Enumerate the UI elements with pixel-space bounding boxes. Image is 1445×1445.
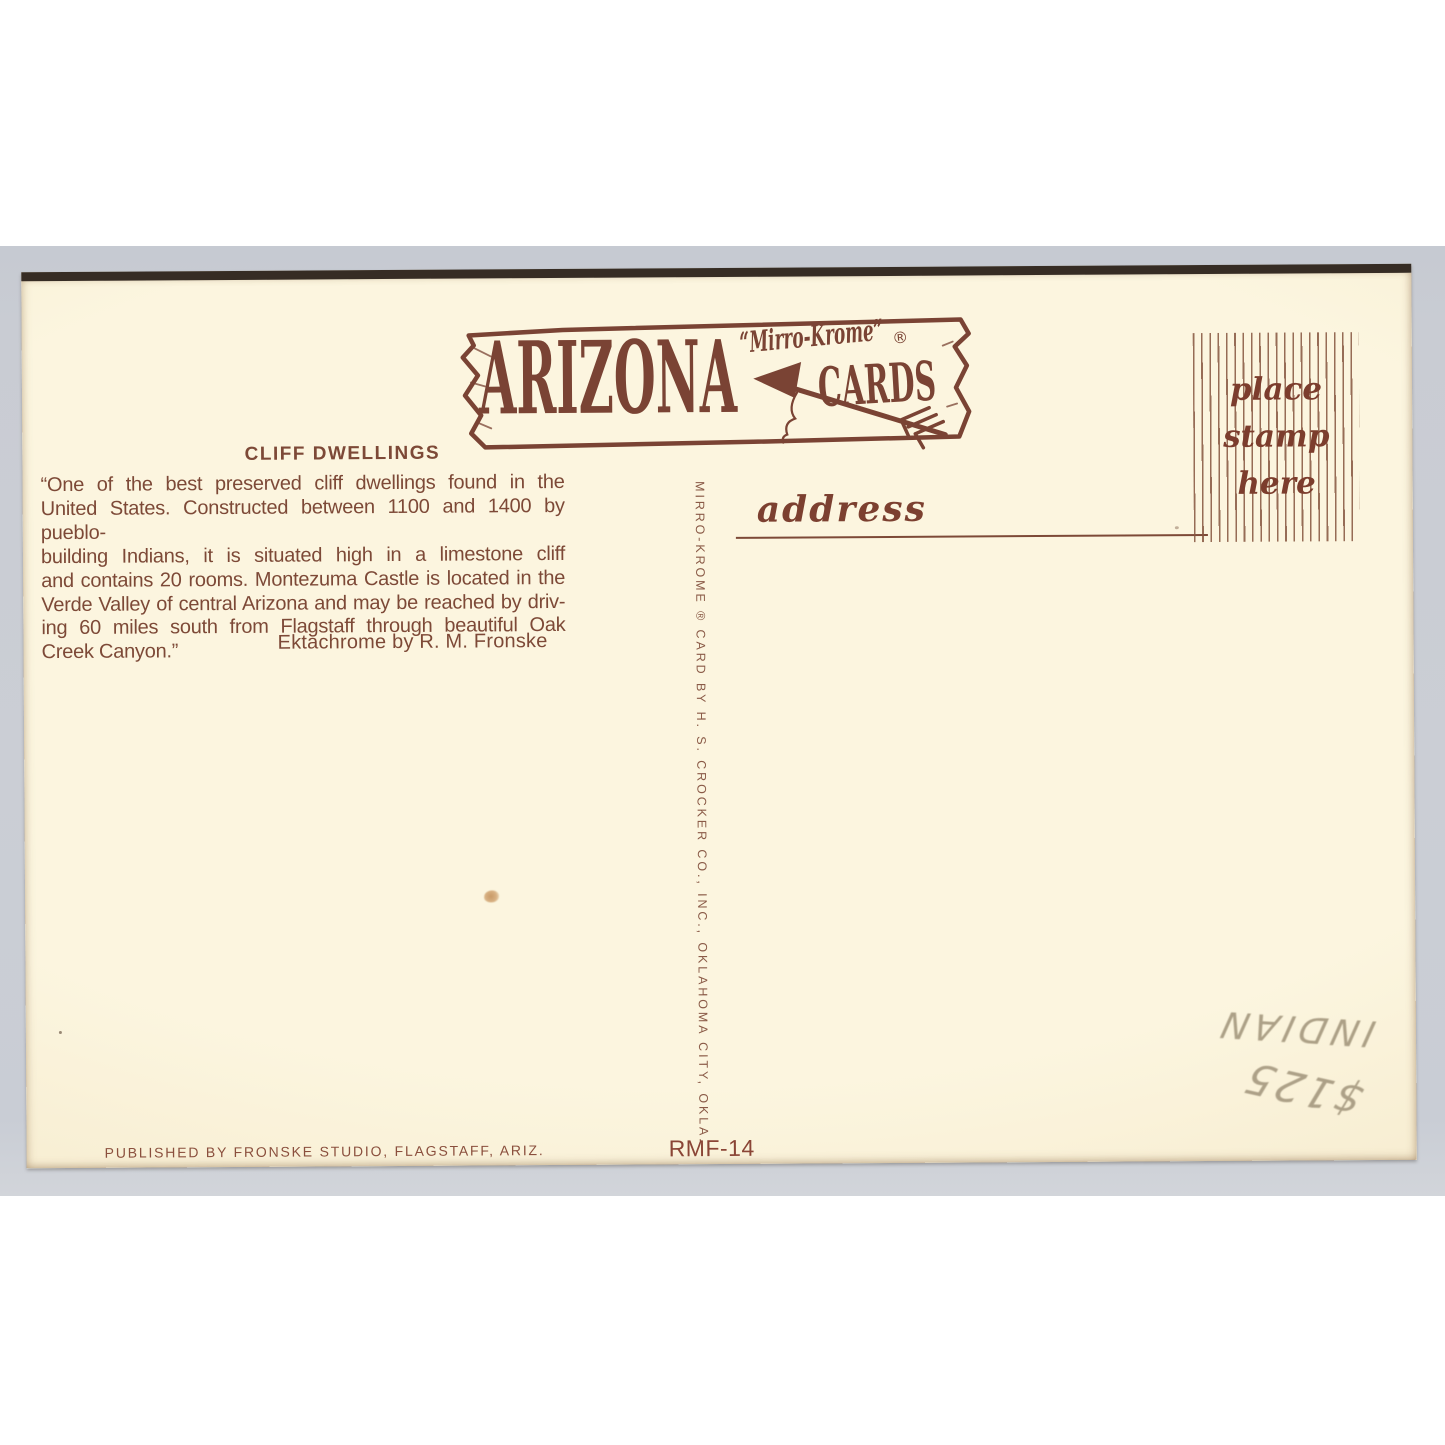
paper-speck — [59, 1031, 62, 1034]
logo-state-name: ARIZONA — [478, 318, 738, 438]
pencil-annotation-word: INDIAN — [1201, 1002, 1390, 1054]
caption-title: CLIFF DWELLINGS — [82, 442, 602, 467]
caption-line: building Indians, it is situated high in… — [41, 543, 565, 570]
publisher-line: PUBLISHED BY FRONSKE STUDIO, FLAGSTAFF, … — [105, 1142, 545, 1161]
caption-line: and contains 20 rooms. Montezuma Castle … — [41, 567, 565, 594]
stamp-box: place stamp here — [1193, 332, 1360, 542]
logo-brand-word: CARDS — [816, 349, 938, 420]
stamp-box-word: stamp — [1223, 421, 1330, 453]
caption-line: Verde Valley of central Arizona and may … — [41, 590, 565, 617]
address-ruled-line — [736, 534, 1208, 539]
address-label: address — [757, 488, 927, 531]
photographer-credit: Ektachrome by R. M. Fronske — [41, 630, 547, 656]
card-number: RMF-14 — [669, 1135, 755, 1163]
stamp-box-word: here — [1237, 468, 1316, 499]
paper-speck — [1175, 526, 1179, 529]
printer-imprint-vertical: MIRRO-KROME ® CARD BY H. S. CROCKER CO.,… — [691, 481, 711, 1127]
caption-line: United States. Constructed between 1100 … — [41, 495, 565, 546]
stamp-box-word: place — [1230, 374, 1322, 406]
pencil-annotation-price: $125 — [1245, 1055, 1370, 1125]
logo-registered-mark: ® — [891, 328, 909, 348]
arizona-cards-logo: ARIZONA “Mirro-Krome” ® CARDS — [453, 315, 989, 452]
postcard-back: ARIZONA “Mirro-Krome” ® CARDS CLIFF DWEL… — [21, 264, 1416, 1168]
paper-stain — [484, 890, 499, 902]
caption-line: “One of the best preserved cliff dwellin… — [41, 471, 565, 498]
